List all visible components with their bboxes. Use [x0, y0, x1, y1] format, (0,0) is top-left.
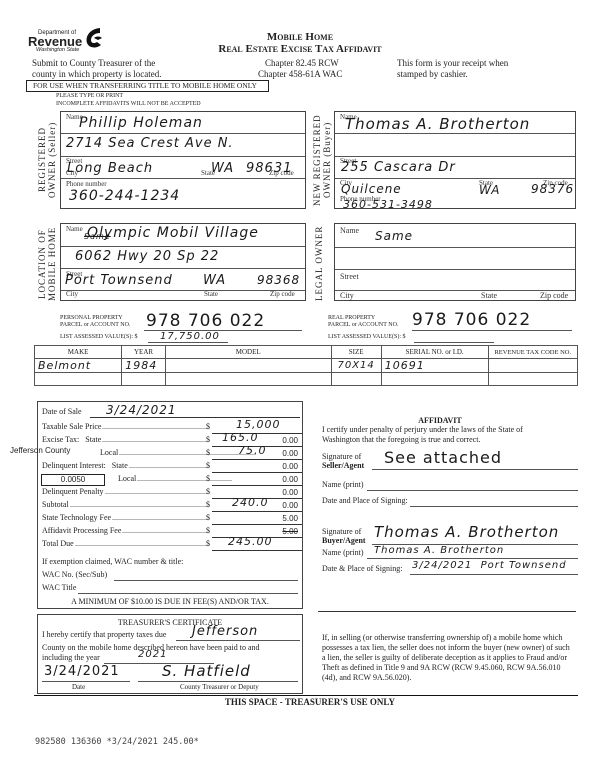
size-cell[interactable]: 70X14 — [331, 359, 381, 373]
incomplete-note: INCOMPLETE AFFIDAVITS WILL NOT BE ACCEPT… — [56, 101, 201, 107]
legal-owner-name-field[interactable]: Same — [375, 229, 413, 243]
seller-state-label: State — [201, 169, 215, 177]
exemption-label: If exemption claimed, WAC number & title… — [42, 557, 183, 566]
year-cell[interactable] — [122, 373, 166, 386]
location-name-label: Name — [66, 225, 83, 233]
buyer-date-place-row: Date & Place of Signing: 3/24/2021 Port … — [322, 564, 578, 576]
real-assessed-label: LIST ASSESSED VALUE(S): $ — [328, 334, 406, 340]
seller-name-print-row: Name (print) — [322, 480, 578, 492]
wac-title-row: WAC Title — [42, 583, 300, 595]
form-title-line2: Real Estate Excise Tax Affidavit — [0, 43, 600, 55]
treasurer-use-divider — [34, 695, 578, 696]
serial-cell[interactable]: 10691 — [381, 359, 488, 373]
minimum-note: A MINIMUM OF $10.00 IS DUE IN FEE(S) AND… — [37, 597, 303, 606]
table-header-row: MAKE YEAR MODEL SIZE SERIAL NO. or I.D. … — [35, 346, 578, 359]
taxable-sale-price-field[interactable]: 15,000 — [236, 418, 281, 431]
total-due-field[interactable]: 245.00 — [228, 535, 273, 548]
buyer-box: Name Thomas A. Brotherton Street 255 Cas… — [334, 111, 576, 209]
seller-street-field[interactable]: 2714 Sea Crest Ave N. — [66, 136, 234, 151]
lien-top-divider — [318, 611, 576, 612]
submit-note-2: county in which property is located. — [32, 69, 161, 79]
treasurer-line1: I hereby certify that property taxes due… — [42, 630, 300, 642]
seller-phone-field[interactable]: 360-244-1234 — [69, 188, 180, 204]
seller-phone-label: Phone number — [66, 180, 107, 188]
fee-row-subtotal: ........................................… — [42, 500, 304, 513]
affidavit-title: AFFIDAVIT — [310, 416, 570, 425]
date-of-sale-row: Date of Sale 3/24/2021 — [42, 405, 300, 419]
col-revenue-tax-code: REVENUE TAX CODE NO. — [488, 346, 577, 359]
buyer-phone-field[interactable]: 360-531-3498 — [343, 199, 433, 210]
buyer-signature-field[interactable]: Thomas A. Brotherton — [374, 523, 559, 541]
fee-row-delinquent-interest-state: ........................................… — [42, 461, 304, 474]
real-parcel: REAL PROPERTY PARCEL or ACCOUNT NO. 978 … — [328, 314, 578, 342]
buyer-section-label: NEW REGISTEREDOWNER (Buyer) — [312, 112, 334, 208]
subtotal-field[interactable]: 240.0 — [232, 496, 269, 509]
location-street-field[interactable]: 6062 Hwy 20 Sp 22 — [75, 249, 219, 264]
use-banner: FOR USE WHEN TRANSFERRING TITLE TO MOBIL… — [26, 80, 269, 92]
table-row: Belmont 1984 70X14 10691 — [35, 359, 578, 373]
col-make: MAKE — [35, 346, 122, 359]
legal-owner-box: Name Same Street City State Zip code — [334, 223, 576, 301]
buyer-signature-row: Signature of Buyer/Agent Thomas A. Broth… — [322, 515, 578, 543]
use-banner-text: FOR USE WHEN TRANSFERRING TITLE TO MOBIL… — [33, 81, 257, 90]
seller-city-label: City — [66, 169, 78, 177]
buyer-name-print-field[interactable]: Thomas A. Brotherton — [374, 545, 504, 556]
real-parcel-label-1: REAL PROPERTY — [328, 315, 375, 321]
seller-section-label: REGISTEREDOWNER (Seller) — [37, 112, 59, 208]
seller-signature-row: Signature of Seller/Agent See attached — [322, 446, 578, 470]
location-section-label: LOCATION OFMOBILE HOME — [37, 224, 59, 304]
mobile-home-table: MAKE YEAR MODEL SIZE SERIAL NO. or I.D. … — [34, 345, 578, 386]
revenue-code-cell[interactable] — [488, 359, 577, 373]
col-size: SIZE — [331, 346, 381, 359]
form-title-line1: Mobile Home — [0, 31, 600, 43]
chapter-wac: Chapter 458-61A WAC — [258, 69, 342, 79]
receipt-stamp: 982580 136360 *3/24/2021 245.00* — [35, 737, 199, 747]
treasurer-year-field[interactable]: 2021 — [138, 649, 167, 660]
legal-owner-street-label: Street — [340, 272, 359, 281]
personal-assessed-label: LIST ASSESSED VALUE(S): $ — [60, 334, 138, 340]
seller-date-place-row: Date and Place of Signing: — [322, 496, 578, 508]
buyer-name-field[interactable]: Thomas A. Brotherton — [345, 115, 530, 133]
fee-row-taxable-sale-price: ........................................… — [42, 422, 304, 435]
buyer-street-field[interactable]: 255 Cascara Dr — [341, 160, 456, 175]
location-state-label: State — [204, 290, 218, 298]
wac-title-label: WAC Title — [42, 583, 76, 592]
col-serial: SERIAL NO. or I.D. — [381, 346, 488, 359]
lien-notice: If, in selling (or otherwise transferrin… — [322, 633, 574, 683]
location-city-field[interactable]: Port Townsend — [65, 273, 173, 288]
legal-owner-state-label: State — [481, 291, 497, 300]
submit-note-1: Submit to County Treasurer of the — [32, 58, 155, 68]
buyer-city-field[interactable]: Quilcene — [341, 182, 402, 196]
seller-signature-field[interactable]: See attached — [384, 448, 502, 467]
make-cell[interactable] — [35, 373, 122, 386]
excise-state-field[interactable]: 165.0 — [222, 431, 259, 444]
real-parcel-label-2: PARCEL or ACCOUNT NO. — [328, 322, 398, 328]
make-cell[interactable]: Belmont — [35, 359, 122, 373]
table-row — [35, 373, 578, 386]
fee-row-total-due: ........................................… — [42, 539, 304, 552]
personal-assessed-field[interactable]: 17,750.00 — [160, 331, 220, 342]
treasurer-title: TREASURER'S CERTIFICATE — [37, 618, 303, 627]
size-cell[interactable] — [331, 373, 381, 386]
treasurer-use-only: THIS SPACE - TREASURER'S USE ONLY — [0, 697, 600, 707]
serial-cell[interactable] — [381, 373, 488, 386]
location-city-label: City — [66, 290, 78, 298]
col-year: YEAR — [122, 346, 166, 359]
excise-local-field[interactable]: 75.0 — [238, 444, 267, 457]
col-model: MODEL — [165, 346, 331, 359]
legal-owner-city-label: City — [340, 291, 354, 300]
date-of-sale-label: Date of Sale — [42, 407, 82, 416]
treasurer-sign-row: 3/24/2021 Date S. Hatfield County Treasu… — [42, 664, 300, 692]
personal-parcel-field[interactable]: 978 706 022 — [146, 311, 265, 331]
personal-parcel-label-2: PARCEL or ACCOUNT NO. — [60, 322, 130, 328]
buyer-date-place-field[interactable]: 3/24/2021 Port Townsend — [412, 560, 567, 571]
receipt-note-1: This form is your receipt when — [397, 58, 508, 68]
seller-zip-label: Zip code — [269, 169, 294, 177]
seller-name-field[interactable]: Phillip Holeman — [79, 115, 203, 131]
chapter-rcw: Chapter 82.45 RCW — [265, 58, 339, 68]
legal-owner-zip-label: Zip code — [540, 291, 568, 300]
revenue-code-cell[interactable] — [488, 373, 577, 386]
buyer-state-field[interactable]: WA — [479, 183, 500, 197]
model-cell[interactable] — [165, 359, 331, 373]
fee-row-excise-local: ........................................… — [42, 448, 304, 461]
wac-no-row: WAC No. (Sec/Sub) — [42, 570, 300, 582]
type-note: PLEASE TYPE OR PRINT — [56, 93, 123, 99]
model-cell[interactable] — [165, 373, 331, 386]
location-name-field[interactable]: Olympic Mobil Village — [87, 225, 259, 241]
treasurer-county-field[interactable]: Jefferson — [192, 624, 258, 639]
location-zip-label: Zip code — [270, 290, 295, 298]
treasurer-date-field[interactable]: 3/24/2021 — [44, 664, 120, 679]
fee-row-state-technology-fee: ........................................… — [42, 513, 304, 526]
location-zip-field[interactable]: 98368 — [257, 273, 300, 287]
receipt-note-2: stamped by cashier. — [397, 69, 468, 79]
wac-no-label: WAC No. (Sec/Sub) — [42, 570, 107, 579]
legal-owner-section-label: LEGAL OWNER — [314, 224, 330, 302]
personal-parcel-label-1: PERSONAL PROPERTY — [60, 315, 123, 321]
location-state-field[interactable]: WA — [203, 273, 226, 288]
year-cell[interactable]: 1984 — [122, 359, 166, 373]
seller-box: Name Phillip Holeman 2714 Sea Crest Ave … — [60, 111, 306, 209]
location-box: Name Same Olympic Mobil Village 6062 Hwy… — [60, 223, 306, 301]
affidavit-statement: I certify under penalty of perjury under… — [322, 425, 554, 444]
treasurer-signature-field[interactable]: S. Hatfield — [162, 662, 251, 680]
real-parcel-field[interactable]: 978 706 022 — [412, 310, 531, 330]
personal-parcel: PERSONAL PROPERTY PARCEL or ACCOUNT NO. … — [60, 314, 305, 342]
buyer-name-print-row: Name (print) Thomas A. Brotherton — [322, 548, 578, 560]
date-of-sale-field[interactable]: 3/24/2021 — [106, 403, 177, 417]
buyer-zip-field[interactable]: 98376 — [531, 182, 574, 196]
legal-owner-name-label: Name — [340, 226, 359, 235]
fee-row-delinquent-interest-local: ........................................… — [42, 474, 304, 487]
seller-city-field[interactable]: Long Beach — [67, 161, 153, 176]
